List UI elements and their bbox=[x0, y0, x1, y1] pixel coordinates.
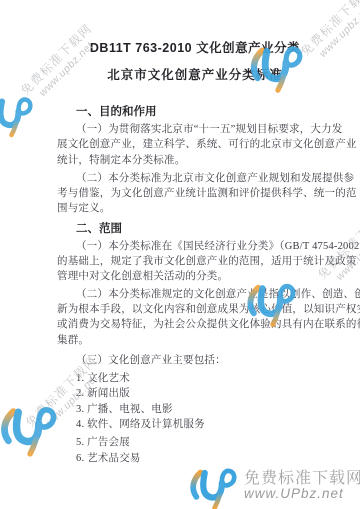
paragraph-line: 新为根本手段，以文化内容和创意成果为核心价值，以知识产权实现 bbox=[57, 302, 342, 317]
doc-title-line2: 北京市文化创意产业分类标准 bbox=[0, 65, 360, 83]
list-item: 5. 广告会展 bbox=[57, 435, 342, 450]
footer-site-url: www.UPbz.net bbox=[244, 487, 360, 501]
list-item: 1. 文化艺术 bbox=[57, 371, 342, 386]
paragraph-line: 围与定义。 bbox=[57, 201, 342, 216]
section2-heading: 二、范围 bbox=[57, 221, 342, 237]
paragraph-line: 集群。 bbox=[57, 333, 342, 348]
content-column: 一、目的和作用 （一）为贯彻落实北京市“十一五”规划目标要求，大力发 展文化创意… bbox=[0, 104, 342, 466]
paragraph-line: （二）本分类标准为北京市文化创意产业规划和发展提供参 bbox=[57, 171, 342, 186]
footer-site-name: 免费标准下载网 bbox=[244, 470, 360, 487]
footer-brand: 免费标准下载网 www.UPbz.net bbox=[186, 461, 360, 509]
document-page: DB11T 763-2010 文化创意产业分类 北京市文化创意产业分类标准 一、… bbox=[0, 0, 360, 509]
section1-heading: 一、目的和作用 bbox=[57, 104, 342, 120]
paragraph-line: （一）为贯彻落实北京市“十一五”规划目标要求，大力发 bbox=[57, 122, 342, 137]
paragraph-line: （三）文化创意产业主要包括： bbox=[57, 353, 342, 368]
footer-text: 免费标准下载网 www.UPbz.net bbox=[244, 470, 360, 501]
paragraph-line: 展文化创意产业，建立科学、系统、可行的北京市文化创意产业 bbox=[57, 137, 342, 152]
paragraph-line: （二）本分类标准规定的文化创意产业是指以创作、创造、创 bbox=[57, 287, 342, 302]
paragraph-line: 考与借鉴，为文化创意产业统计监测和评价提供科学、统一的范 bbox=[57, 186, 342, 201]
doc-title-line1: DB11T 763-2010 文化创意产业分类 bbox=[0, 38, 360, 56]
paragraph-line: （一）本分类标准在《国民经济行业分类》（GB/T 4754-2002） bbox=[57, 239, 342, 254]
paragraph-line: 或消费为交易特征，为社会公众提供文化体验的具有内在联系的行业 bbox=[57, 317, 342, 332]
list-item: 2. 新闻出版 bbox=[57, 386, 342, 401]
upbz-logo-icon bbox=[186, 461, 238, 509]
list-item: 4. 软件、网络及计算机服务 bbox=[57, 417, 342, 432]
document-body: DB11T 763-2010 文化创意产业分类 北京市文化创意产业分类标准 一、… bbox=[0, 0, 360, 466]
paragraph-line: 的基础上，规定了我市文化创意产业的范围，适用于统计及政策 bbox=[57, 254, 342, 269]
paragraph-line: 管理中对文化创意相关活动的分类。 bbox=[57, 269, 342, 284]
paragraph-line: 统计，特制定本分类标准。 bbox=[57, 153, 342, 168]
list-item: 3. 广播、电视、电影 bbox=[57, 402, 342, 417]
